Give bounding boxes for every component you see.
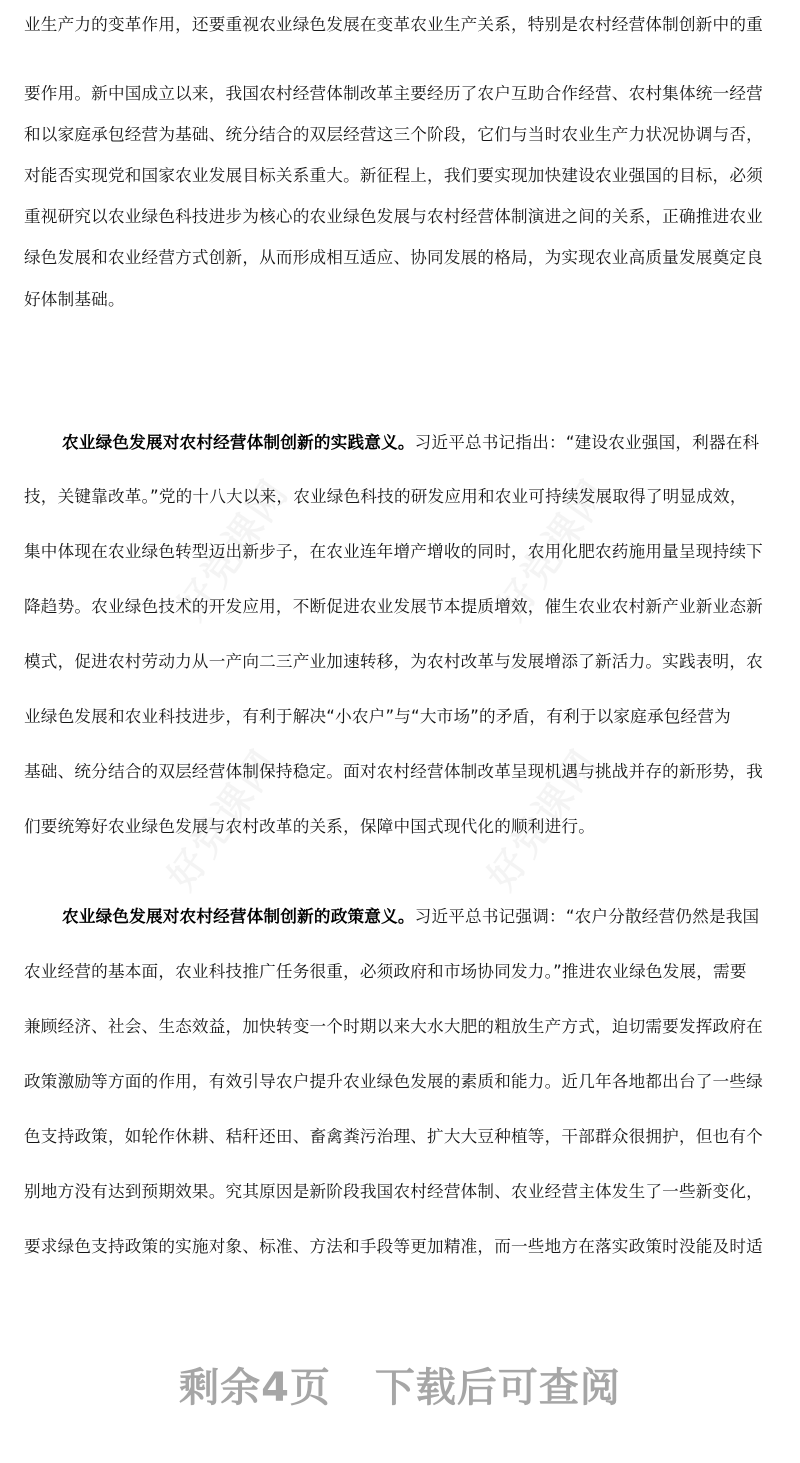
text-line: 们要统筹好农业绿色发展与农村改革的关系，保障中国式现代化的顺利进行。	[24, 816, 776, 838]
text-line: 要求绿色支持政策的实施对象、标准、方法和手段等更加精准，而一些地方在落实政策时没…	[24, 1236, 776, 1258]
text-line: 技，关键靠改革。”党的十八大以来，农业绿色科技的研发应用和农业可持续发展取得了明…	[24, 486, 776, 508]
text-run: 习近平总书记指出：“建设农业强国，利器在科	[415, 433, 760, 452]
text-line: 集中体现在农业绿色转型迈出新步子，在农业连年增产增收的同时，农用化肥农药施用量呈…	[24, 541, 776, 563]
paragraph-first-line: 农业绿色发展对农村经营体制创新的实践意义。习近平总书记指出：“建设农业强国，利器…	[62, 432, 776, 454]
text-line: 别地方没有达到预期效果。究其原因是新阶段我国农村经营体制、农业经营主体发生了一些…	[24, 1181, 776, 1203]
text-line: 对能否实现党和国家农业发展目标关系重大。新征程上，我们要实现加快建设农业强国的目…	[24, 165, 776, 187]
text-line: 业绿色发展和农业科技进步，有利于解决“小农户”与“大市场”的矛盾，有利于以家庭承…	[24, 706, 776, 728]
text-line: 和以家庭承包经营为基础、统分结合的双层经营这三个阶段，它们与当时农业生产力状况协…	[24, 124, 776, 146]
text-line: 降趋势。农业绿色技术的开发应用，不断促进农业发展节本提质增效，催生农业农村新产业…	[24, 596, 776, 618]
text-line: 重视研究以农业绿色科技进步为核心的农业绿色发展与农村经营体制演进之间的关系，正确…	[24, 206, 776, 228]
paragraph-first-line: 农业绿色发展对农村经营体制创新的政策意义。习近平总书记强调：“农户分散经营仍然是…	[62, 906, 776, 928]
remaining-pages-label: 剩余4页	[179, 1365, 331, 1411]
section-heading-practice: 农业绿色发展对农村经营体制创新的实践意义。	[62, 433, 415, 452]
section-heading-policy: 农业绿色发展对农村经营体制创新的政策意义。	[62, 907, 415, 926]
text-run: 习近平总书记强调：“农户分散经营仍然是我国	[415, 907, 760, 926]
text-line: 好体制基础。	[24, 289, 776, 311]
text-line: 政策激励等方面的作用，有效引导农户提升农业绿色发展的素质和能力。近几年各地都出台…	[24, 1071, 776, 1093]
document-page: 好党课网 好党课网 好党课网 好党课网 业生产力的变革作用，还要重视农业绿色发展…	[0, 0, 800, 1463]
download-to-read-more-banner[interactable]: 剩余4页下载后可查阅	[0, 1360, 800, 1416]
text-line: 农业经营的基本面，农业科技推广任务很重，必须政府和市场协同发力。”推进农业绿色发…	[24, 961, 776, 983]
text-line: 业生产力的变革作用，还要重视农业绿色发展在变革农业生产关系，特别是农村经营体制创…	[24, 14, 776, 36]
text-line: 要作用。新中国成立以来，我国农村经营体制改革主要经历了农户互助合作经营、农村集体…	[24, 83, 776, 105]
text-line: 绿色发展和农业经营方式创新，从而形成相互适应、协同发展的格局，为实现农业高质量发…	[24, 247, 776, 269]
text-line: 兼顾经济、社会、生态效益，加快转变一个时期以来大水大肥的粗放生产方式，迫切需要发…	[24, 1016, 776, 1038]
text-line: 色支持政策，如轮作休耕、秸秆还田、畜禽粪污治理、扩大大豆种植等，干部群众很拥护，…	[24, 1126, 776, 1148]
text-line: 模式，促进农村劳动力从一产向二三产业加速转移，为农村改革与发展增添了新活力。实践…	[24, 651, 776, 673]
download-prompt-label: 下载后可查阅	[375, 1365, 621, 1411]
text-line: 基础、统分结合的双层经营体制保持稳定。面对农村经营体制改革呈现机遇与挑战并存的新…	[24, 761, 776, 783]
